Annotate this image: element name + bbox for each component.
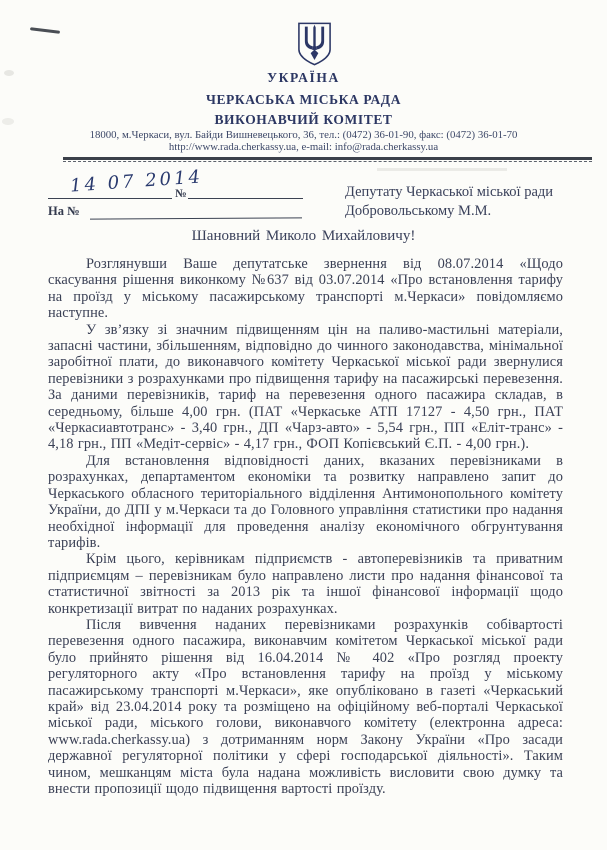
paragraph-1: Розглянувши Ваше депутатське звернення в… — [48, 256, 563, 322]
salutation: Шановний Миколо Михайловичу! — [0, 228, 607, 245]
outgoing-number-underline — [188, 198, 303, 199]
divider-dashed-line — [63, 161, 592, 162]
letter-body: Розглянувши Ваше депутатське звернення в… — [48, 256, 563, 797]
incoming-number-label: На № — [48, 204, 80, 219]
divider-solid-line — [63, 157, 592, 160]
recipient-line-2: Добровольському М.М. — [345, 202, 553, 221]
paragraph-3: Для встановлення відповідності даних, вк… — [48, 453, 563, 551]
letterhead-divider-rule — [63, 157, 592, 164]
incoming-number-underline — [90, 217, 302, 219]
scan-artifact-dash — [30, 27, 60, 34]
outgoing-number-label: № — [175, 188, 187, 200]
ref-date-underline — [48, 198, 172, 199]
paragraph-4: Крім цього, керівникам підприємств - авт… — [48, 551, 563, 617]
country-name: УКРАЇНА — [0, 70, 607, 86]
paragraph-2: У зв’язку зі значним підвищенням цін на … — [48, 322, 563, 453]
council-name: ЧЕРКАСЬКА МІСЬКА РАДА — [0, 92, 607, 108]
committee-name: ВИКОНАВЧИЙ КОМІТЕТ — [0, 112, 607, 128]
recipient-block: Депутату Черкаської міської ради Доброво… — [345, 183, 553, 220]
scan-artifact-band — [377, 168, 507, 171]
tryzub-emblem-icon — [296, 22, 333, 66]
contact-line: http://www.rada.cherkassy.ua, e-mail: in… — [0, 141, 607, 153]
recipient-line-1: Депутату Черкаської міської ради — [345, 183, 553, 202]
scanned-letter-page: УКРАЇНА ЧЕРКАСЬКА МІСЬКА РАДА ВИКОНАВЧИЙ… — [0, 0, 607, 850]
address-line: 18000, м.Черкаси, вул. Байди Вишневецько… — [0, 129, 607, 141]
paragraph-5: Після вивчення наданих перевізниками роз… — [48, 617, 563, 797]
